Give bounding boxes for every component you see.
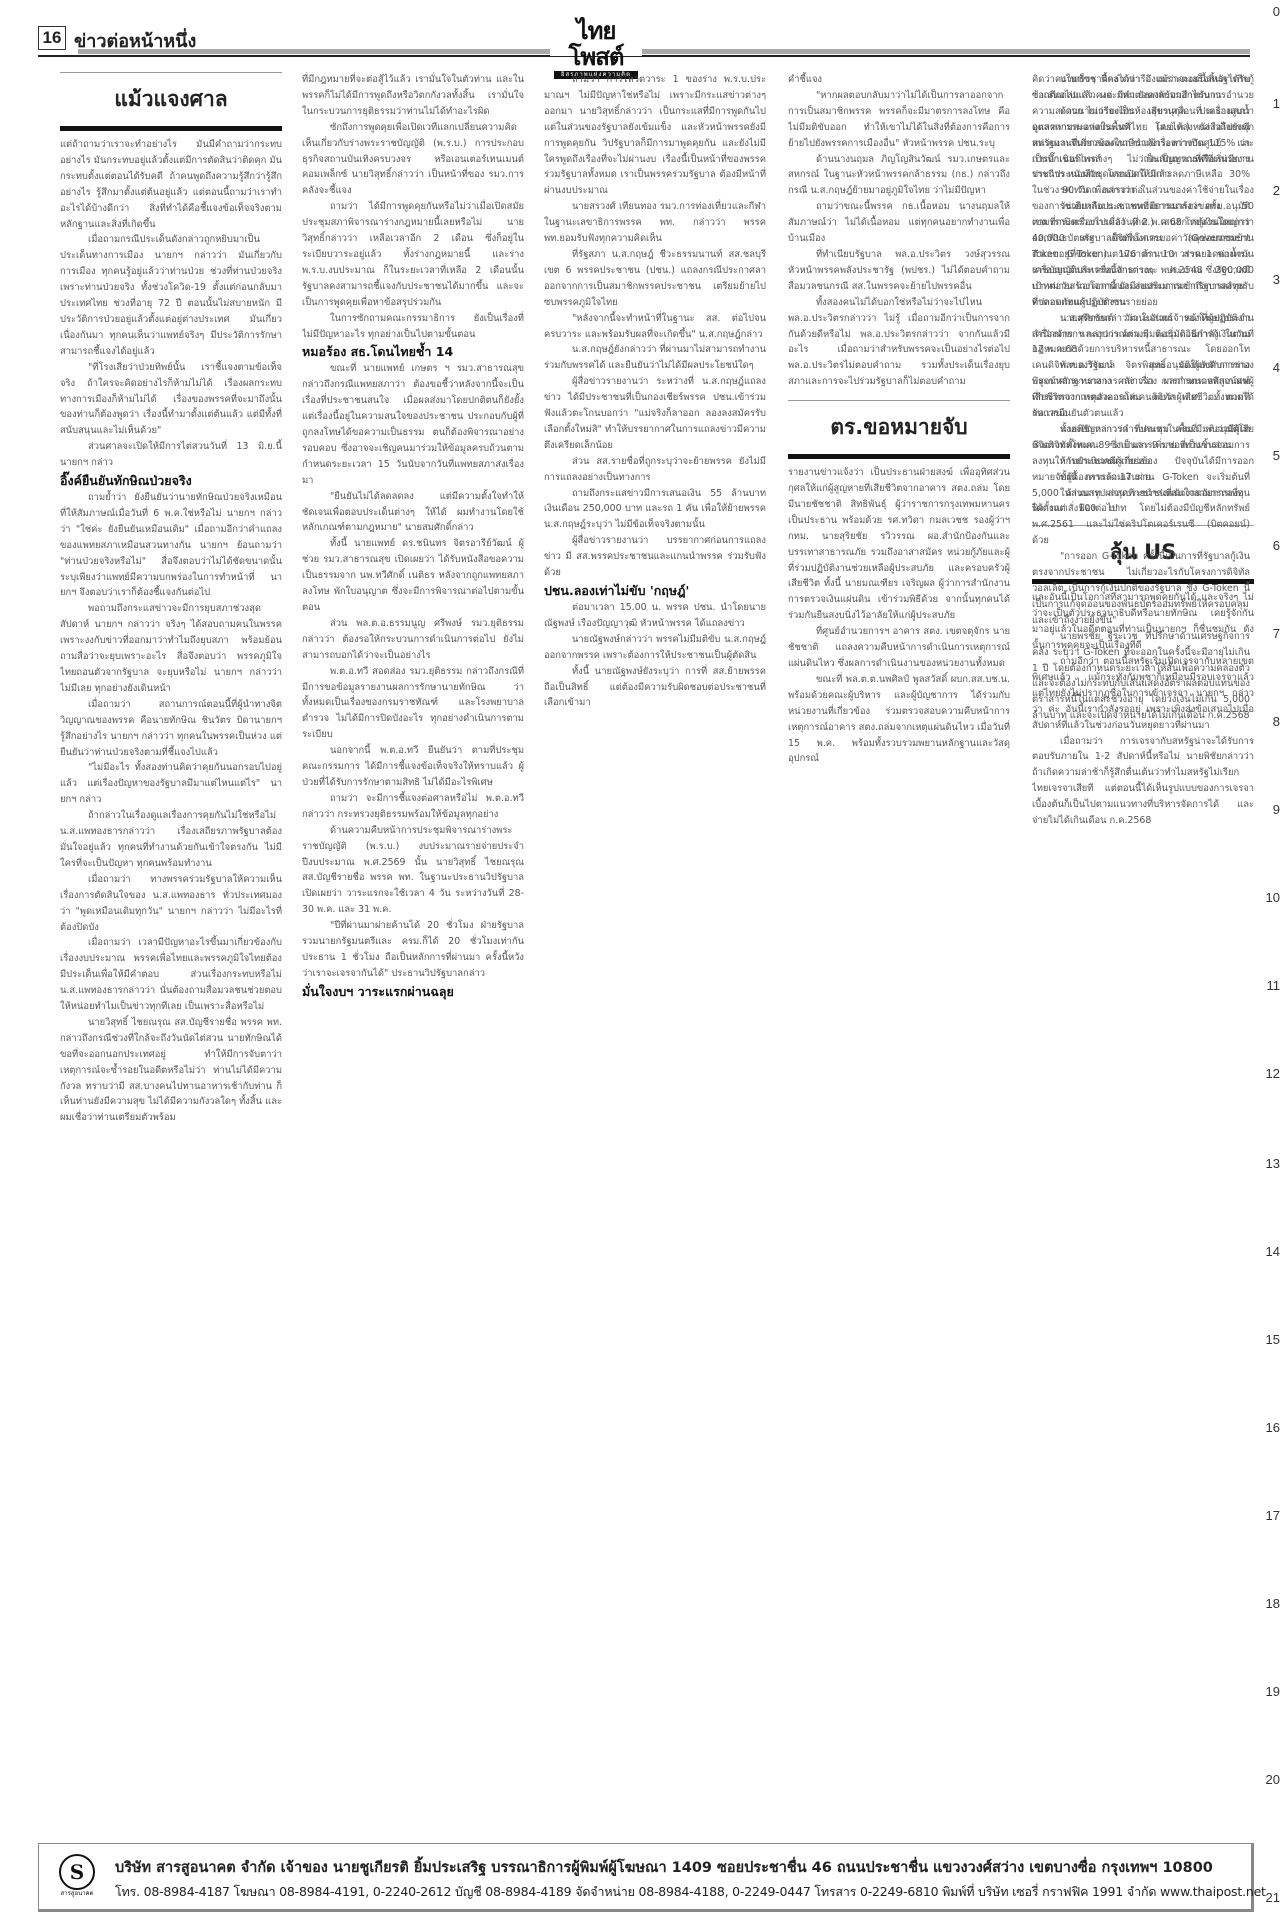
paragraph: ส่วนศาลจะเปิดให้มีการไต่สวนวันที่ 13 มิ.… (60, 439, 282, 471)
page-scale-ruler: 0 1 2 3 4 5 6 7 8 9 10 11 12 13 14 15 16… (1260, 0, 1280, 1920)
ruler-mark: 2 (1273, 183, 1280, 198)
story-title-thaksin-court: แม้วแจงศาล (60, 83, 282, 116)
paragraph: คิดว่าคงในเร็วๆ นี้คงได้หารือ เพราะตอนนี… (1032, 72, 1250, 104)
paragraph: "หลังจากนี้จะทำหน้าที่ในฐานะ สส. ต่อไปจน… (544, 311, 766, 343)
column-1: แม้วแจงศาล แต่ถ้าถามว่าเราจะทำอย่างไร มั… (60, 72, 282, 1817)
paragraph: ด้านนางนฤมล ภิญโญสินวัฒน์ รมว.เกษตรและสห… (788, 152, 1010, 200)
ruler-mark: 21 (1266, 1890, 1280, 1905)
newspaper-page: 16 ข่าวต่อหน้าหนึ่ง ไทยโพสต์ อิสรภาพแห่ง… (0, 0, 1286, 1920)
column-2: ที่มีกฎหมายที่จะต่อสู้ไว้แล้ว เรามั่นใจใ… (302, 72, 524, 1817)
paragraph: ถามว่าขณะนี้พรรค กธ.เนื้อหอม นางนฤมลให้ส… (788, 199, 1010, 247)
paragraph: เมื่อถามว่า สถานการณ์ตอนนี้ที่ผู้นำทางจิ… (60, 697, 282, 761)
paragraph: ถามว่า การโหวตวาระ 1 ของร่าง พ.ร.บ.ประมา… (544, 72, 766, 199)
paragraph: ถามย้ำว่า ยังยืนยันว่านายทักษิณป่วยจริงเ… (60, 490, 282, 601)
paragraph: "ที่โรงเสียว่าป่วยทิพย์นั้น เราชี้แจงตาม… (60, 360, 282, 440)
paragraph: ทั้งสองคนไม่ได้บอกใช่หรือไม่ว่าจะไปไหน พ… (788, 295, 1010, 390)
ruler-mark: 7 (1273, 626, 1280, 641)
paragraph: "ยืนยันไม่ได้ลดลดลง แต่มีความตั้งใจทำให้… (302, 489, 524, 537)
ruler-mark: 3 (1273, 272, 1280, 287)
paragraph: เมื่อถามกรณีประเด็นดังกล่าวถูกหยิบมาเป็น… (60, 232, 282, 359)
column-6: คิดว่าคงในเร็วๆ นี้คงได้หารือ เพราะตอนนี… (1032, 72, 1250, 1817)
paragraph: ที่ทำเนียบรัฐบาล พล.อ.ประวิตร วงษ์สุวรรณ… (788, 247, 1010, 295)
ruler-mark: 6 (1273, 538, 1280, 553)
paragraph: ทั้งนี้ นายแพทย์ ดร.ชนินทร จิตรอารีย์วัฒ… (302, 536, 524, 616)
paragraph: "ไม่มีอะไร ทั้งสองท่านคิดว่าคุยกันนอกรอบ… (60, 760, 282, 808)
column-3: ถามว่า การโหวตวาระ 1 ของร่าง พ.ร.บ.ประมา… (544, 72, 766, 1817)
paragraph: ถ้ากล่าวในเรื่องดูแลเรื่องการคุยกันไม่ใช… (60, 808, 282, 872)
ruler-mark: 1 (1273, 96, 1280, 111)
subheading: ปชน.ลองเท่าไม่ขับ 'กฤษฎ์' (544, 582, 766, 599)
paragraph: นอกจากนี้ พ.ต.อ.ทวี ยืนยันว่า ตามที่ประช… (302, 743, 524, 791)
ruler-mark: 8 (1273, 714, 1280, 729)
paragraph: วันเดียวกัน น.ส.แพทองธารแถลงว่า ครม.อนุม… (1032, 199, 1250, 310)
paragraph: รายงานข่าวแจ้งว่า เป็นประธานฝ่ายสงฆ์ เพื… (788, 465, 1010, 624)
paragraph: ผู้สื่อข่าวรายงานว่า ระหว่างที่ น.ส.กฤษฎ… (544, 374, 766, 454)
ruler-mark: 11 (1267, 978, 1281, 993)
ruler-mark: 19 (1266, 1684, 1280, 1699)
header-gray-bar (78, 49, 1250, 54)
paragraph: "การออก G-Token ครั้งนี้เป็นการที่รัฐบาล… (1032, 549, 1250, 629)
paragraph: ถามว่า จะมีการชี้แจงต่อศาลหรือไม่ พ.ต.อ.… (302, 791, 524, 823)
ruler-mark: 16 (1266, 1420, 1280, 1435)
paragraph: นายณัฐพงษ์กล่าวว่า พรรคไม่มีมติขับ น.ส.ก… (544, 632, 766, 664)
paragraph: ทั้งนี้ การระดมเงินผ่าน G-Token จะเริ่มต… (1032, 470, 1250, 550)
ruler-mark: 17 (1266, 1508, 1280, 1523)
publisher-logo: S สารสูอนาคต (59, 1854, 95, 1898)
subheading: อิ๊งค์ยืนยันทักษิณป่วยจริง (60, 472, 282, 489)
heading-rule (788, 454, 1010, 459)
paragraph: ผู้สื่อข่าวรายงานว่า บรรยากาศก่อนการแถลง… (544, 533, 766, 581)
paragraph: แต่ถ้าถามว่าเราจะทำอย่างไร มันมีคำถามว่า… (60, 137, 282, 232)
heading-rule (60, 126, 282, 131)
paragraph: ด้านนายเกรียงไกร เธียรนุกุล ประธานสภาอุต… (1032, 104, 1250, 199)
paragraph: ขณะที่ นายแพทย์ เกษตร ฯ รมว.สาธารณสุข กล… (302, 361, 524, 488)
paragraph: "ปีที่ผ่านมาผ่ายค้านได้ 20 ชั่วโมง ฝ่ายร… (302, 918, 524, 982)
paragraph: นายพรชัย ฐีระเวช ที่ปรึกษาด้านเศรษฐกิจกา… (1032, 629, 1250, 724)
imprint-publisher-line: บริษัท สารสูอนาคต จำกัด เจ้าของ นายชูเกี… (115, 1856, 1213, 1879)
paragraph: เมื่อถามว่า เวลามีปัญหาอะไรขึ้นมาเกี่ยวข… (60, 935, 282, 1015)
publisher-s-logo-icon: S (59, 1854, 95, 1890)
ruler-mark: 18 (1266, 1596, 1280, 1611)
story-heading-box: แม้วแจงศาล (60, 72, 282, 131)
paragraph: นายวิสุทธิ์ ไชยณรุณ สส.บัญชีรายชื่อ พรรค… (60, 1015, 282, 1126)
paragraph: คำชี้แจง (788, 72, 1010, 88)
ruler-mark: 14 (1266, 1244, 1280, 1259)
ruler-mark: 9 (1273, 802, 1280, 817)
paragraph: นายสรวงศ์ เทียนทอง รมว.การท่องเที่ยวและก… (544, 199, 766, 247)
paragraph: ส่วน พล.ต.อ.ธรรมนูญ ศรีพงษ์ รมว.ยุติธรรม… (302, 616, 524, 664)
paragraph: ถามถึงกระแสข่าวมีการเสนอเงิน 55 ล้านบาท … (544, 486, 766, 534)
ruler-mark: 0 (1273, 4, 1280, 19)
paragraph: ส่วน สส.รายชื่อที่ถูกระบุว่าจะย้ายพรรค ย… (544, 454, 766, 486)
paragraph: ที่รัฐสภา น.ส.กฤษฎ์ ชีวะธรรมนานท์ สส.ชลบ… (544, 247, 766, 311)
ruler-mark: 4 (1273, 360, 1280, 375)
paragraph: นายพิชัยกล่าวว่า ที่ประชุม ครม.มีมติอนุม… (1032, 422, 1250, 470)
paragraph: ทั้งนี้ นายณัฐพงษ์ยังระบุว่า การที่ สส.ย… (544, 664, 766, 712)
imprint-contact-line: โทร. 08-8984-4187 โฆษณา 08-8984-4191, 0-… (115, 1882, 1266, 1902)
page-header: 16 ข่าวต่อหน้าหนึ่ง ไทยโพสต์ อิสรภาพแห่ง… (38, 18, 1250, 54)
ruler-mark: 10 (1266, 890, 1280, 905)
page-number: 16 (38, 26, 66, 50)
paragraph: "หากผลตอบกลับมาว่าไม่ได้เป็นการลาออกจากก… (788, 88, 1010, 152)
paragraph: ต่อมาเวลา 15.00 น. พรรค ปชน. นำโดยนายณัฐ… (544, 600, 766, 632)
paragraph: ในการซักถามคณะกรรมาธิการ ยังเป็นเรื่องที… (302, 311, 524, 343)
paragraph: เมื่อถามว่า ทางพรรคร่วมรัฐบาลให้ความเห็น… (60, 872, 282, 936)
paragraph: น.ส.กฤษฎ์ยังกล่าวว่า ที่ผ่านมาไม่สามารถท… (544, 342, 766, 374)
header-rule (38, 55, 1250, 57)
paragraph: ถามว่า ได้มีการพูดคุยกันหรือไม่ว่าเมื่อเ… (302, 199, 524, 310)
ruler-mark: 15 (1266, 1332, 1280, 1347)
paragraph: ซักถึงการพูดคุยเพื่อเปิดเวทีแลกเปลี่ยนคว… (302, 120, 524, 200)
subheading: มั่นใจงบฯ วาระแรกผ่านฉลุย (302, 983, 524, 1000)
ruler-mark: 20 (1266, 1772, 1280, 1787)
paragraph: ด้านความคืบหน้าการประชุมพิจารณาร่างพระรา… (302, 823, 524, 918)
logo-wordmark: ไทยโพสต์ (550, 18, 642, 70)
story-title-arrest-warrant: ตร.ขอหมายจับ (788, 411, 1010, 444)
subheading: หมอร้อง สธ.โดนไทยช้ำ 14 (302, 343, 524, 360)
ruler-mark: 13 (1266, 1156, 1280, 1171)
paragraph: ขณะที่ พล.ต.ต.นพศิลป์ พูลสวัสดิ์ ผบก.สส.… (788, 672, 1010, 767)
paragraph: น.ส.ศศิกานต์ วัฒนะจันทร์ รองโฆษกประจำสำน… (1032, 311, 1250, 422)
story-heading-box: ตร.ขอหมายจับ (788, 400, 1010, 459)
column-4: คำชี้แจง "หากผลตอบกลับมาว่าไม่ได้เป็นการ… (788, 72, 1010, 1817)
publisher-logo-caption: สารสูอนาคต (59, 1890, 95, 1898)
paragraph: พอถามถึงกระแสข่าวจะมีการยุบสภาช่วงสุดสัป… (60, 601, 282, 696)
publisher-imprint-box: S สารสูอนาคต บริษัท สารสูอนาคต จำกัด เจ้… (38, 1843, 1254, 1912)
thaipost-logo: ไทยโพสต์ อิสรภาพแห่งความคิด (550, 18, 642, 56)
paragraph: พ.ต.อ.ทวี สอดส่อง รมว.ยุติธรรม กล่าวถึงก… (302, 664, 524, 744)
paragraph: ที่มีกฎหมายที่จะต่อสู้ไว้แล้ว เรามั่นใจใ… (302, 72, 524, 120)
ruler-mark: 12 (1266, 1066, 1280, 1081)
ruler-mark: 5 (1273, 448, 1280, 463)
paragraph: ที่ศูนย์อำนวยการฯ อาคาร สตง. เขตจตุจักร … (788, 624, 1010, 672)
